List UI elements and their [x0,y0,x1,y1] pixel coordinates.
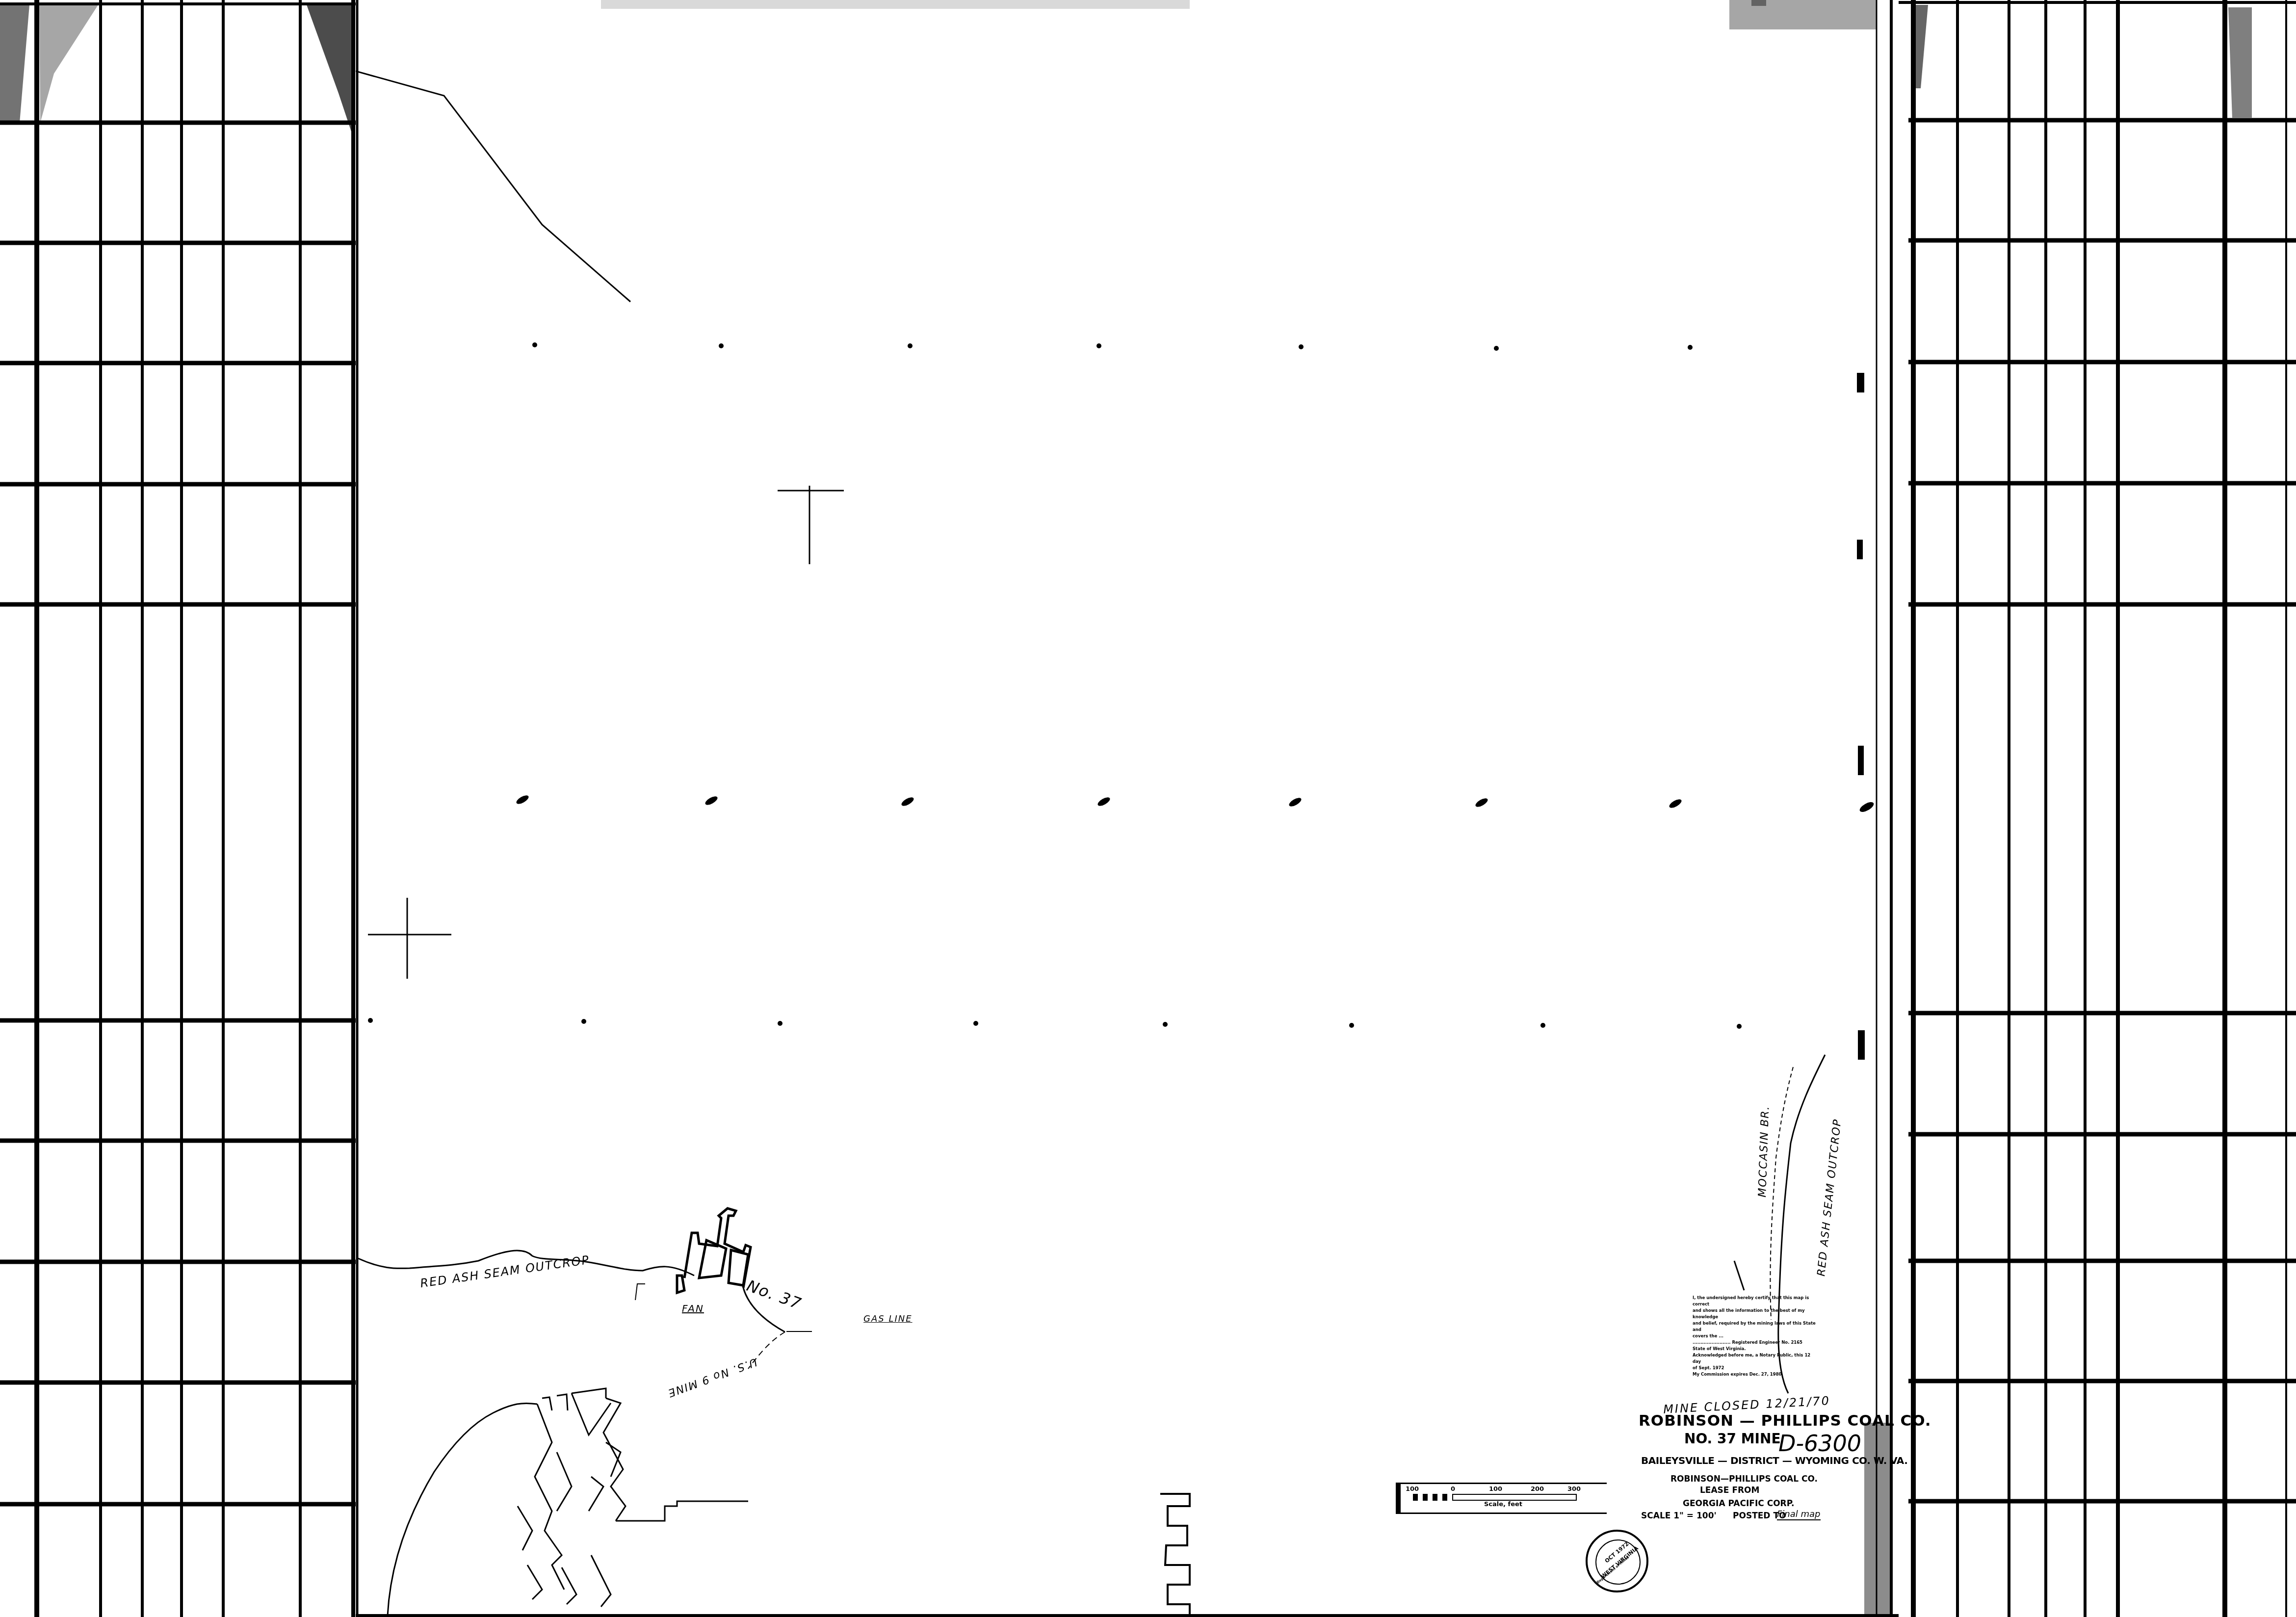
cert-line: State of West Virginia. [1693,1346,1820,1353]
company-name: ROBINSON — PHILLIPS COAL CO. [1639,1412,1931,1430]
scale-bar-checks [1413,1494,1453,1501]
district: BAILEYSVILLE — DISTRICT — WYOMING CO. W.… [1641,1455,1907,1466]
grid-lines-left [0,0,356,1617]
cert-line: ........................ Registered Engi… [1693,1340,1820,1346]
mine-number: NO. 37 MINE [1684,1431,1781,1447]
gas-line-label: GAS LINE [863,1314,913,1324]
lease-from: LEASE FROM [1700,1486,1759,1495]
scale-label: 0 [1451,1486,1455,1493]
cert-line: of Sept. 1972 [1693,1365,1820,1372]
cert-line: Acknowledged before me, a Notary Public,… [1693,1353,1820,1365]
cert-line: I, the undersigned hereby certify that t… [1693,1295,1820,1308]
scale-text: SCALE 1" = 100' [1641,1511,1717,1521]
fan-label: FAN [682,1303,704,1314]
grid-lines-right [1899,0,2296,1617]
scale-label: 300 [1567,1486,1581,1493]
engineer-certificate: I, the undersigned hereby certify that t… [1693,1295,1820,1378]
cert-line: and shows all the information to the bes… [1693,1308,1820,1321]
scale-label: 200 [1531,1486,1544,1493]
map-sheet [356,0,1899,1617]
cert-line: My Commission expires Dec. 27, 1980 [1693,1372,1820,1378]
posted-value: Final map [1777,1509,1821,1520]
map-drawing [356,0,1899,1617]
left-grid-panel [0,0,356,1617]
lessor: GEORGIA PACIFIC CORP. [1683,1499,1794,1509]
scale-bar: 100 0 100 200 300 Scale, feet [1396,1483,1607,1514]
dept-of-mines-stamp: OCT 1972 WEST VIRGINIA Department of Min… [1586,1530,1648,1592]
cert-line: and belief, required by the mining laws … [1693,1321,1820,1333]
lessee: ROBINSON—PHILLIPS COAL CO. [1670,1474,1818,1484]
property-line [356,71,630,302]
scale-label: 100 [1406,1486,1419,1493]
right-grid-panel [1899,0,2296,1617]
scale-caption: Scale, feet [1484,1501,1522,1508]
cert-line: covers the ... [1693,1333,1820,1340]
map-id: D-6300 [1778,1430,1861,1457]
scale-label: 100 [1489,1486,1502,1493]
